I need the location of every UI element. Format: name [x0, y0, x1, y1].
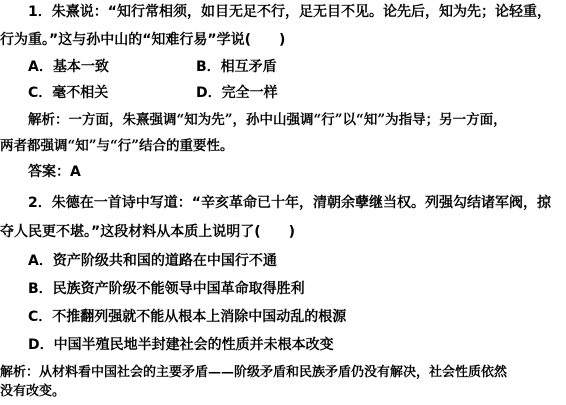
q1-analysis-line1: 解析：一方面，朱熹强调“知为先”，孙中山强调“行”以“知”为指导；另一方面， — [28, 111, 507, 129]
q2-stem-line1: 2．朱德在一首诗中写道：“辛亥革命已十年，清朝余孽继当权。列强勾结诸军阀，掠 — [28, 194, 551, 212]
q1-option-c: C．毫不相关 — [28, 84, 108, 102]
q1-analysis-line2: 两者都强调“知”与“行”结合的重要性。 — [0, 137, 234, 155]
q2-option-a: A．资产阶级共和国的道路在中国行不通 — [28, 252, 277, 270]
q2-analysis-line2: 没有改变。 — [0, 383, 65, 401]
q2-option-d: D．中国半殖民地半封建社会的性质并未根本改变 — [28, 336, 334, 354]
q1-answer: 答案：A — [28, 163, 81, 181]
q2-option-b: B．民族资产阶级不能领导中国革命取得胜利 — [28, 280, 305, 298]
q1-option-d: D．完全一样 — [196, 84, 278, 102]
q2-analysis-line1: 解析：从材料看中国社会的主要矛盾——阶级矛盾和民族矛盾仍没有解决，社会性质依然 — [0, 364, 507, 382]
q1-stem-line1: 1．朱熹说：“知行常相须，如目无足不行，足无目不见。论先后，知为先；论轻重， — [28, 3, 551, 21]
q2-option-c: C．不推翻列强就不能从根本上消除中国动乱的根源 — [28, 308, 346, 326]
q1-stem-line2: 行为重。”这与孙中山的“知难行易”学说( ) — [0, 31, 285, 49]
q2-stem-line2: 夺人民更不堪。”这段材料从本质上说明了( ) — [0, 223, 295, 241]
q1-option-b: B．相互矛盾 — [196, 58, 277, 76]
q1-option-a: A．基本一致 — [28, 58, 109, 76]
